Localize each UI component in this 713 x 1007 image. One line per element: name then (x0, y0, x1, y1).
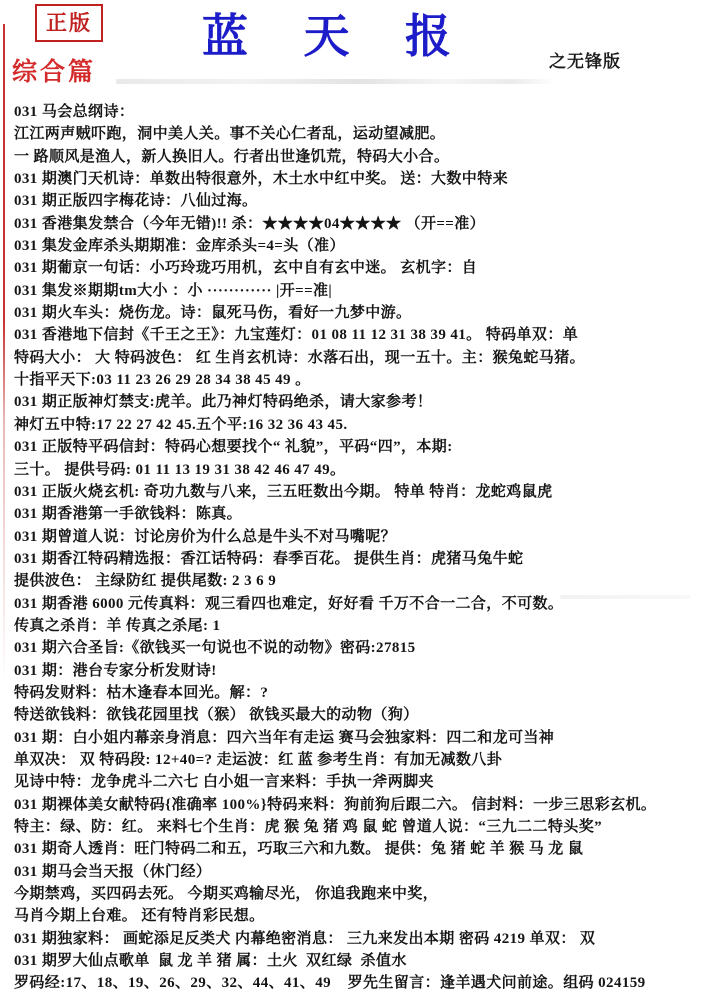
newspaper-page: 正版 蓝 天 报 之无锋版 综合篇 031 马会总纲诗：江江两声贼吓跑，洞中美人… (0, 0, 713, 1007)
section-heading: 综合篇 (12, 52, 96, 88)
report-line: 031 期曾道人说：讨论房价为什么总是牛头不对马嘴呢？ (14, 526, 709, 548)
report-line: 031 集发金库杀头期期准：金库杀头=4=头（准） (14, 235, 709, 257)
report-line: 一 路顺风是渔人，新人换旧人。行者出世逢饥荒，特码大小合。 (14, 146, 709, 168)
report-line: 031 期马会当天报（休门经） (14, 861, 709, 883)
report-line: 031 正版特平码信封：特码心想要找个“ 礼貌”，平码“四”，本期: (14, 436, 709, 458)
edition-label: 之无锋版 (549, 47, 621, 72)
report-line: 今期禁鸡，买四码去死。 今期买鸡输尽光， 你追我跑来中奖， (14, 883, 709, 905)
report-line: 031 期独家料： 画蛇添足反类犬 内幕绝密消息： 三九来发出本期 密码 421… (14, 928, 709, 950)
report-line: 提供波色： 主绿防红 提供尾数: 2 3 6 9 (14, 570, 709, 592)
report-line: 特送欲钱料：欲钱花园里找（猴） 欲钱买最大的动物（狗） (14, 704, 709, 726)
report-line: 031 期香港 6000 元传真料：观三看四也难定，好好看 千万不合一二合，不可… (14, 593, 709, 615)
report-line: 031 期：白小姐内幕亲身消息：四六当年有走运 赛马会独家料：四二和龙可当神 (14, 727, 709, 749)
report-lines: 031 马会总纲诗：江江两声贼吓跑，洞中美人关。事不关心仁者乱，运动望减肥。一 … (14, 101, 709, 995)
report-line: 江江两声贼吓跑，洞中美人关。事不关心仁者乱，运动望减肥。 (14, 123, 709, 145)
report-line: 特码大小： 大 特码波色： 红 生肖玄机诗：水落石出，现一五十。主：猴兔蛇马猪。 (14, 347, 709, 369)
report-line: 031 香港地下信封《千王之王》：九宝莲灯：01 08 11 12 31 38 … (14, 324, 709, 346)
report-line: 031 期正版神灯禁支:虎羊。此乃神灯特码绝杀，请大家参考！ (14, 391, 709, 413)
report-line: 三十。 提供号码: 01 11 13 19 31 38 42 46 47 49。 (14, 459, 709, 481)
report-line: 031 期香江特码精选报：香江话特码：春季百花。 提供生肖：虎猪马兔牛蛇 (14, 548, 709, 570)
report-line: 031 香港集发禁合（今年无错)!! 杀：★★★★04★★★★ （开==准） (14, 213, 709, 235)
report-line: 031 期葡京一句话：小巧玲珑巧用机，玄中自有玄中迷。 玄机字：自 (14, 257, 709, 279)
report-line: 特主：绿、防：红。 来料七个生肖：虎 猴 兔 猪 鸡 鼠 蛇 曾道人说：“三九二… (14, 816, 709, 838)
report-line: 031 马会总纲诗： (14, 101, 709, 123)
report-line: 马肖今期上台难。 还有特肖彩民想。 (14, 905, 709, 927)
report-line: 传真之杀肖：羊 传真之杀尾: 1 (14, 615, 709, 637)
report-line: 031 期澳门天机诗：单数出特很意外，木土水中红中奖。 送：大数中特来 (14, 168, 709, 190)
report-line: 特码发财料：枯木逢春本回光。解：? (14, 682, 709, 704)
report-line: 031 期六合圣旨:《欲钱买一句说也不说的动物》密码:27815 (14, 637, 709, 659)
report-line: 031 期香港第一手欲钱料：陈真。 (14, 503, 709, 525)
report-line: 罗码经:17、18、19、26、29、32、44、41、49 罗先生留言：逢羊遇… (14, 972, 709, 994)
scan-artifact (116, 79, 556, 84)
report-line: 神灯五中特:17 22 27 42 45.五个平:16 32 36 43 45. (14, 414, 709, 436)
report-line: 031 正版火烧玄机: 奇功九数与八来，三五旺数出今期。 特单 特肖：龙蛇鸡鼠虎 (14, 481, 709, 503)
report-line: 十指平天下:03 11 23 26 29 28 34 38 45 49 。 (14, 369, 709, 391)
report-line: 031 期奇人透肖：旺门特码二和五，巧取三六和九数。 提供：兔 猪 蛇 羊 猴 … (14, 838, 709, 860)
left-red-rule (3, 24, 5, 684)
report-line: 031 期裸体美女献特码{准确率 100%}特码来料：狗前狗后跟二六。 信封料：… (14, 794, 709, 816)
report-line: 031 期火车头：烧伤龙。诗：鼠死马伤，看好一九梦中游。 (14, 302, 709, 324)
report-line: 见诗中特：龙争虎斗二六七 白小姐一言来料：手执一斧两脚夹 (14, 771, 709, 793)
report-line: 031 期正版四字梅花诗：八仙过海。 (14, 190, 709, 212)
report-line: 单双决： 双 特码段: 12+40=? 走运波：红 蓝 参考生肖：有加无减数八卦 (14, 749, 709, 771)
report-line: 031 集发※期期tm大小 ：小 ············ |开==准| (14, 280, 709, 302)
report-line: 031 期：港台专家分析发财诗! (14, 660, 709, 682)
report-line: 031 期罗大仙点歌单 鼠 龙 羊 猪 属：土火 双红绿 杀值水 (14, 950, 709, 972)
